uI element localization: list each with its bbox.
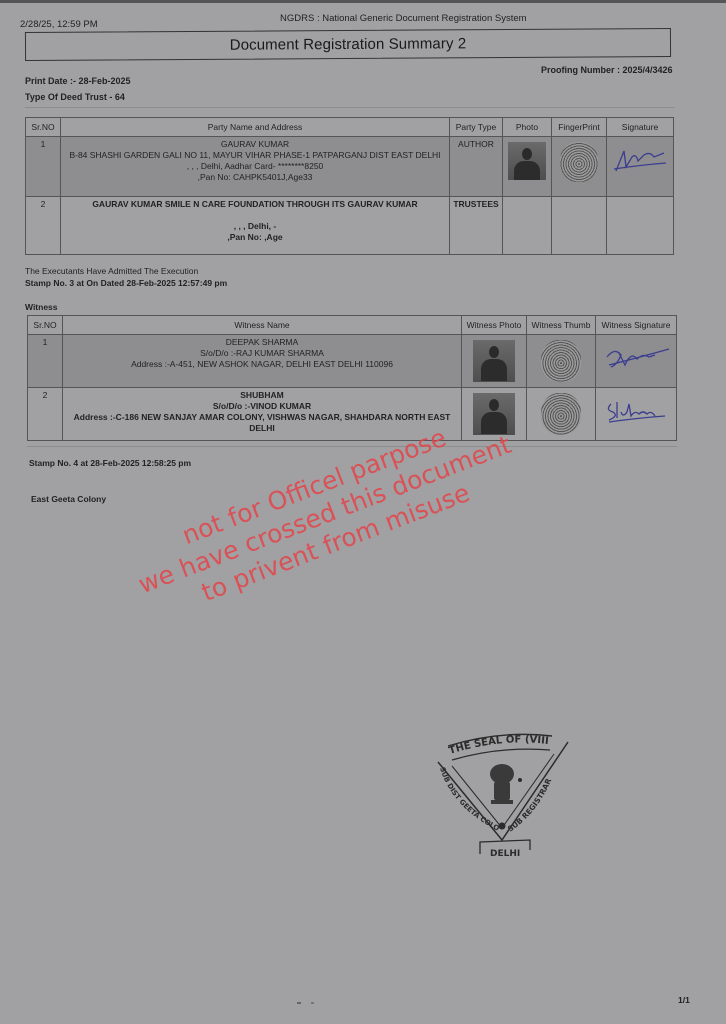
party-name: GAURAV KUMAR SMILE N CARE FOUNDATION THR…: [64, 199, 446, 210]
party-name-address: GAURAV KUMAR B-84 SHASHI GARDEN GALI NO …: [61, 137, 450, 197]
party-table-header: Sr.NO Party Name and Address Party Type …: [26, 118, 674, 137]
print-date: Print Date :- 28-Feb-2025: [25, 76, 131, 86]
witness-thumb-cell: [527, 335, 596, 388]
document-title-box: Document Registration Summary 2: [25, 28, 671, 61]
photo-cell: [503, 197, 552, 255]
col-signature: Signature: [607, 118, 674, 137]
witness-details: SHUBHAM S/o/D/o :-VINOD KUMAR Address :-…: [63, 388, 462, 441]
divider: [27, 446, 677, 447]
party-address-line: [64, 210, 446, 221]
sr-no: 2: [28, 388, 63, 441]
party-address-line: , , , Delhi, Aadhar Card- ********8250: [64, 161, 446, 172]
witness-name: DEEPAK SHARMA: [66, 337, 458, 348]
fingerprint-cell: [552, 197, 607, 255]
party-photo: [508, 142, 546, 180]
table-row: 1 GAURAV KUMAR B-84 SHASHI GARDEN GALI N…: [26, 137, 674, 197]
deed-type: Type Of Deed Trust - 64: [25, 92, 125, 102]
fingerprint-cell: [552, 137, 607, 197]
signature-cell: [607, 197, 674, 255]
system-name: NGDRS : National Generic Document Regist…: [280, 13, 527, 24]
svg-text:THE SEAL OF (VIII): THE SEAL OF (VIII): [430, 728, 549, 757]
col-witness-name: Witness Name: [63, 316, 462, 335]
party-address-line: B-84 SHASHI GARDEN GALI NO 11, MAYUR VIH…: [64, 150, 446, 161]
table-row: 1 DEEPAK SHARMA S/o/D/o :-RAJ KUMAR SHAR…: [28, 335, 677, 388]
party-table: Sr.NO Party Name and Address Party Type …: [25, 117, 674, 255]
witness-table: Sr.NO Witness Name Witness Photo Witness…: [27, 315, 677, 441]
col-sr-no: Sr.NO: [26, 118, 61, 137]
stamp-4: Stamp No. 4 at 28-Feb-2025 12:58:25 pm: [29, 458, 191, 468]
signature-image: [610, 145, 670, 175]
print-timestamp: 2/28/25, 12:59 PM: [20, 19, 98, 30]
sub-registrar-seal-icon: THE SEAL OF (VIII) SUB DIST GEETA COLONY…: [430, 728, 580, 860]
witness-thumb-image: [541, 393, 581, 435]
witness-section-label: Witness: [25, 302, 58, 312]
witness-table-header: Sr.NO Witness Name Witness Photo Witness…: [28, 316, 677, 335]
proofing-number: Proofing Number : 2025/4/3426: [541, 65, 673, 75]
col-sr-no: Sr.NO: [28, 316, 63, 335]
signature-cell: [607, 137, 674, 197]
sr-no: 1: [26, 137, 61, 197]
witness-thumb-image: [541, 340, 581, 382]
photo-cell: [503, 137, 552, 197]
sr-no: 2: [26, 197, 61, 255]
svg-text:SUB REGISTRAR: SUB REGISTRAR: [506, 777, 553, 834]
document-title: Document Registration Summary 2: [230, 35, 467, 53]
table-row: 2 SHUBHAM S/o/D/o :-VINOD KUMAR Address …: [28, 388, 677, 441]
col-fingerprint: FingerPrint: [552, 118, 607, 137]
office-location: East Geeta Colony: [31, 494, 106, 504]
col-witness-signature: Witness Signature: [596, 316, 677, 335]
witness-relation: S/o/D/o :-VINOD KUMAR: [66, 401, 458, 412]
witness-details: DEEPAK SHARMA S/o/D/o :-RAJ KUMAR SHARMA…: [63, 335, 462, 388]
witness-photo-cell: [462, 335, 527, 388]
sr-no: 1: [28, 335, 63, 388]
witness-signature-image: [601, 343, 671, 373]
witness-signature-cell: [596, 335, 677, 388]
party-type: AUTHOR: [450, 137, 503, 197]
scan-speck: [297, 1002, 317, 1005]
col-party-type: Party Type: [450, 118, 503, 137]
watermark-line: we have crossed this document: [105, 419, 545, 612]
stamp-3: Stamp No. 3 at On Dated 28-Feb-2025 12:5…: [25, 278, 227, 288]
party-address-line: ,Pan No: ,Age: [64, 232, 446, 243]
fingerprint-image: [560, 142, 598, 182]
party-address-line: ,Pan No: CAHPK5401J,Age33: [64, 172, 446, 183]
party-address-line: , , , Delhi, -: [64, 221, 446, 232]
col-witness-photo: Witness Photo: [462, 316, 527, 335]
col-party-name: Party Name and Address: [61, 118, 450, 137]
party-name: GAURAV KUMAR: [64, 139, 446, 150]
table-row: 2 GAURAV KUMAR SMILE N CARE FOUNDATION T…: [26, 197, 674, 255]
witness-photo: [473, 340, 515, 382]
witness-signature-cell: [596, 388, 677, 441]
witness-name: SHUBHAM: [66, 390, 458, 401]
witness-address: Address :-A-451, NEW ASHOK NAGAR, DELHI …: [66, 359, 458, 370]
document-page: 2/28/25, 12:59 PM NGDRS : National Gener…: [0, 0, 726, 1024]
divider: [25, 107, 675, 108]
top-border: [0, 0, 726, 3]
execution-admitted: The Executants Have Admitted The Executi…: [25, 266, 198, 276]
witness-address: Address :-C-186 NEW SANJAY AMAR COLONY, …: [66, 412, 458, 434]
witness-signature-image: [601, 396, 671, 426]
witness-relation: S/o/D/o :-RAJ KUMAR SHARMA: [66, 348, 458, 359]
party-type: TRUSTEES: [450, 197, 503, 255]
col-photo: Photo: [503, 118, 552, 137]
svg-text:DELHI: DELHI: [490, 849, 520, 859]
col-witness-thumb: Witness Thumb: [527, 316, 596, 335]
page-number: 1/1: [678, 995, 690, 1005]
party-name-address: GAURAV KUMAR SMILE N CARE FOUNDATION THR…: [61, 197, 450, 255]
